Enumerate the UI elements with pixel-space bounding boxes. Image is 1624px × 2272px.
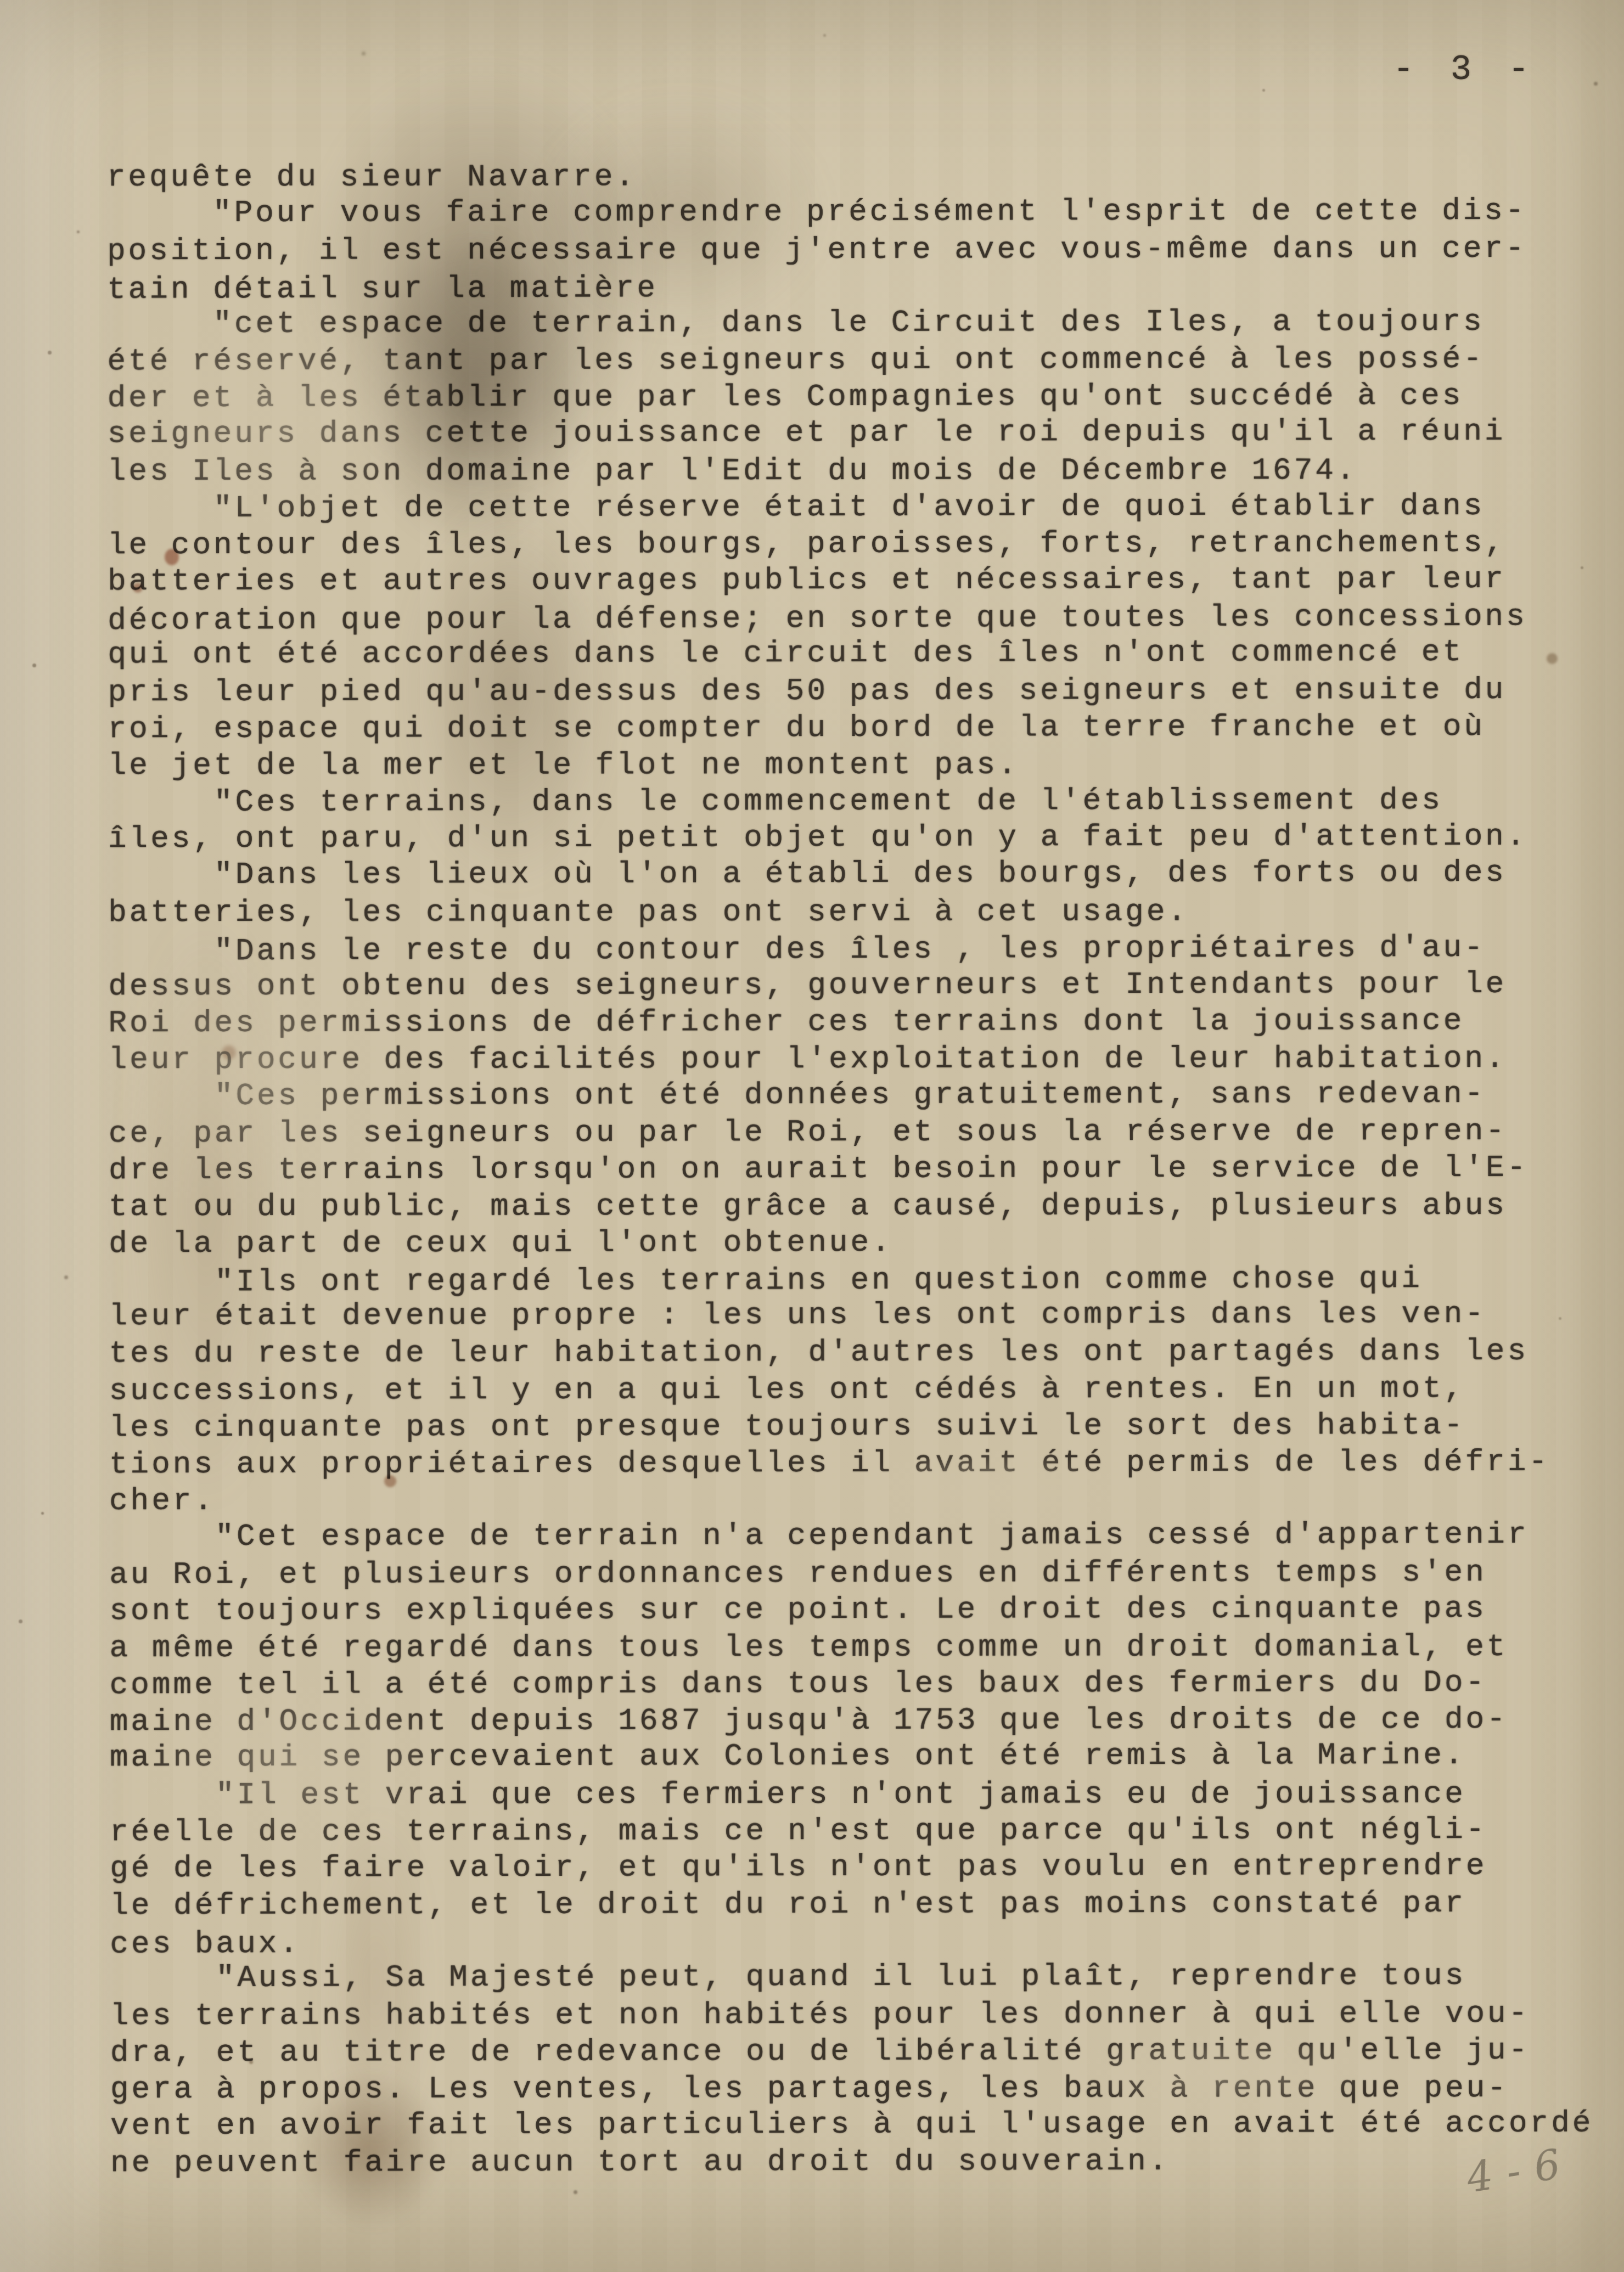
text-line: ce, par les seigneurs ou par le Roi, et … (109, 1113, 1612, 1152)
text-line: seigneurs dans cette jouissance et par l… (108, 413, 1611, 453)
text-line: requête du sieur Navarre. (107, 158, 1611, 196)
text-line: pris leur pied qu'au-dessus des 50 pas d… (108, 672, 1611, 711)
text-line: "Ces terrains, dans le commencement de l… (108, 782, 1612, 822)
text-line: ces baux. (110, 1922, 1614, 1963)
text-line: de la part de ceux qui l'ont obtenue. (109, 1223, 1612, 1263)
text-line: tes du reste de leur habitation, d'autre… (109, 1333, 1613, 1373)
text-line: "L'objet de cette réserve était d'avoir … (108, 488, 1611, 527)
text-line: tat ou du public, mais cette grâce a cau… (109, 1188, 1612, 1225)
text-line: dessus ont obtenu des seigneurs, gouvern… (108, 966, 1612, 1005)
text-line: "Ces permissions ont été données gratuit… (109, 1076, 1612, 1115)
text-line: "Cet espace de terrain n'a cependant jam… (109, 1516, 1613, 1556)
text-line: qui ont été accordées dans le circuit de… (108, 634, 1611, 673)
text-line: "Ils ont regardé les terrains en questio… (109, 1260, 1612, 1301)
document-text: requête du sieur Navarre. "Pour vous fai… (107, 157, 1614, 2182)
paper-specks (0, 0, 3, 3)
text-line: "Il est vrai que ces fermiers n'ont jama… (110, 1776, 1614, 1814)
text-line: le défrichement, et le droit du roi n'es… (110, 1885, 1614, 1925)
text-line: les Iles à son domaine par l'Edit du moi… (108, 452, 1611, 490)
text-line: le contour des îles, les bourgs, paroiss… (108, 525, 1611, 564)
text-line: maine qui se percevaient aux Colonies on… (110, 1737, 1614, 1776)
page-number: - 3 - (1393, 50, 1537, 90)
scanned-document-page: - 3 - requête du sieur Navarre. "Pour vo… (0, 0, 1624, 2272)
text-line: "Dans les lieux où l'on a établi des bou… (108, 854, 1612, 894)
text-line: été réservé, tant par les seigneurs qui … (107, 341, 1611, 380)
text-line: tions aux propriétaires desquelles il av… (109, 1444, 1613, 1483)
text-line: décoration que pour la défense; en sorte… (108, 598, 1611, 639)
text-line: leur procure des facilités pour l'exploi… (109, 1041, 1612, 1078)
text-line: tain détail sur la matière (107, 267, 1611, 308)
text-line: a même été regardé dans tous les temps c… (109, 1629, 1613, 1667)
text-line: cher. (109, 1482, 1613, 1520)
text-line: dre les terrains lorsqu'on on aurait bes… (109, 1150, 1612, 1189)
text-line: position, il est nécessaire que j'entre … (107, 230, 1611, 270)
text-line: réelle de ces terrains, mais ce n'est qu… (110, 1812, 1614, 1851)
text-line: "cet espace de terrain, dans le Circuit … (107, 303, 1611, 343)
text-line: gé de les faire valoir, et qu'ils n'ont … (110, 1848, 1614, 1887)
text-line: ne peuvent faire aucun tort au droit du … (110, 2142, 1614, 2182)
text-line: roi, espace qui doit se compter du bord … (108, 708, 1612, 748)
text-line: batteries et autres ouvrages publics et … (108, 561, 1611, 600)
text-line: maine d'Occident depuis 1687 jusqu'à 175… (110, 1701, 1614, 1741)
text-line: batteries, les cinquante pas ont servi à… (108, 893, 1612, 931)
text-line: dra, et au titre de redevance ou de libé… (110, 2032, 1614, 2072)
text-line: au Roi, et plusieurs ordonnances rendues… (109, 1554, 1613, 1594)
text-line: "Pour vous faire comprendre précisément … (107, 193, 1611, 232)
text-line: "Aussi, Sa Majesté peut, quand il lui pl… (110, 1958, 1614, 1997)
text-line: le jet de la mer et le flot ne montent p… (108, 746, 1612, 784)
text-line: sont toujours expliquées sur ce point. L… (109, 1590, 1613, 1630)
text-line: les cinquante pas ont presque toujours s… (109, 1407, 1613, 1447)
text-line: "Dans le reste du contour des îles , les… (108, 929, 1612, 970)
text-line: comme tel il a été compris dans tous les… (110, 1664, 1614, 1704)
text-line: Roi des permissions de défricher ces ter… (108, 1003, 1612, 1042)
text-line: îles, ont paru, d'un si petit objet qu'o… (108, 818, 1612, 858)
text-line: vent en avoir fait les particuliers à qu… (110, 2105, 1614, 2145)
text-line: successions, et il y en a qui les ont cé… (109, 1370, 1613, 1410)
text-line: der et à les établir que par les Compagn… (107, 378, 1611, 417)
text-line: leur était devenue propre : les uns les … (109, 1296, 1612, 1335)
text-line: les terrains habités et non habités pour… (110, 1995, 1614, 2035)
text-line: gera à propos. Les ventes, les partages,… (110, 2070, 1614, 2108)
